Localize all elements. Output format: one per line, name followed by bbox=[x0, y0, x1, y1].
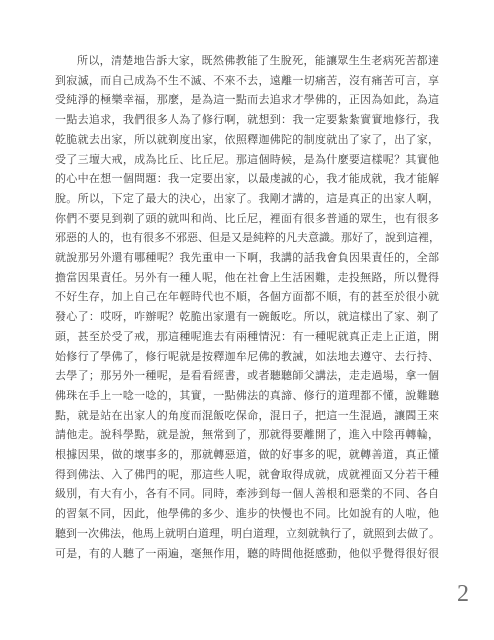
text-line: 頭，甚至於受了戒，那這種呢進去有兩種情況：有一種呢就真正走上正道，開 bbox=[55, 328, 439, 348]
text-line: 所以，清楚地告訴大家，既然佛教能了生脫死，能讓眾生生老病死苦都達 bbox=[55, 52, 439, 72]
text-line: 擔當因果責任。另外有一種人呢，他在社會上生活困難，走投無路，所以覺得 bbox=[55, 269, 439, 289]
body-text: 所以，清楚地告訴大家，既然佛教能了生脫死，能讓眾生生老病死苦都達到寂滅，而自己成… bbox=[55, 52, 439, 564]
text-line: 受純淨的極樂幸福，那麼，是為這一點而去追求才學佛的，正因為如此，為這 bbox=[55, 91, 439, 111]
text-line: 不好生存，加上自己在年輕時代也不順，各個方面都不順，有的甚至於很小就 bbox=[55, 288, 439, 308]
document-page: 所以，清楚地告訴大家，既然佛教能了生脫死，能讓眾生生老病死苦都達到寂滅，而自己成… bbox=[0, 0, 494, 640]
text-line: 脫。所以，下定了最大的決心，出家了。我剛才講的，這是真正的出家人啊， bbox=[55, 190, 439, 210]
text-line: 乾脆就去出家，所以就剃度出家，依照釋迦佛陀的制度就出了家了，出了家， bbox=[55, 131, 439, 151]
text-line: 請他走。說科學點，就是說，無常到了，那就得要離開了，進入中陰再轉輪， bbox=[55, 426, 439, 446]
text-line: 佛珠在手上一唸一唸的，其實，一點佛法的真諦、修行的道理都不懂，說難聽 bbox=[55, 387, 439, 407]
text-line: 受了三壇大戒，成為比丘、比丘尼。那這個時候，是為什麼要這樣呢？其實他 bbox=[55, 151, 439, 171]
text-line: 點，就是站在出家人的角度而混飯吃保命，混日子，把這一生混過，讓閻王來 bbox=[55, 407, 439, 427]
text-line: 可是，有的人聽了一兩遍，毫無作用，聽的時間他挺感動，他似乎覺得很好很 bbox=[55, 545, 439, 565]
text-line: 的心中在想一個問題：我一定要出家，以最虔誠的心，我才能成就，我才能解 bbox=[55, 170, 439, 190]
text-line: 根據因果，做的壞事多的，那就轉惡道，做的好事多的呢，就轉善道，真正懂 bbox=[55, 446, 439, 466]
text-line: 級別，有大有小，各有不同。同時，牽涉到每一個人善根和惡業的不同、各自 bbox=[55, 485, 439, 505]
text-line: 的習氣不同，因此，他學佛的多少、進步的快慢也不同。比如說有的人啦，他 bbox=[55, 505, 439, 525]
text-line: 始修行了學佛了，修行呢就是按釋迦牟尼佛的教誡，如法地去遵守、去行持、 bbox=[55, 348, 439, 368]
text-line: 你們不要見到剃了頭的就叫和尚、比丘尼，裡面有很多普通的眾生，也有很多 bbox=[55, 210, 439, 230]
page-number: 2 bbox=[457, 582, 469, 606]
text-line: 聽到一次佛法，他馬上就明白道理，明白道理，立刻就執行了，就照到去做了。 bbox=[55, 525, 439, 545]
text-line: 一點去追求，我們很多人為了修行啊，就想到：我一定要紮紮實實地修行，我 bbox=[55, 111, 439, 131]
text-line: 到寂滅，而自己成為不生不滅、不來不去，遠離一切痛苦，沒有痛苦可言，享 bbox=[55, 72, 439, 92]
text-line: 去學了；那另外一種呢，是看看經書，或者聽聽師父講法，走走過場，拿一個 bbox=[55, 367, 439, 387]
text-line: 發心了：哎呀，咋辦呢？乾脆出家還有一碗飯吃。所以，就這樣出了家、剃了 bbox=[55, 308, 439, 328]
text-line: 就說那另外還有哪種呢？我先重申一下啊，我講的話我會負因果責任的，全部 bbox=[55, 249, 439, 269]
text-line: 得到佛法、入了佛門的呢，那這些人呢，就會取得成就，成就裡面又分若干種 bbox=[55, 466, 439, 486]
text-line: 邪惡的人的，也有很多不邪惡、但是又是純粹的凡夫意識。那好了，說到這裡， bbox=[55, 229, 439, 249]
